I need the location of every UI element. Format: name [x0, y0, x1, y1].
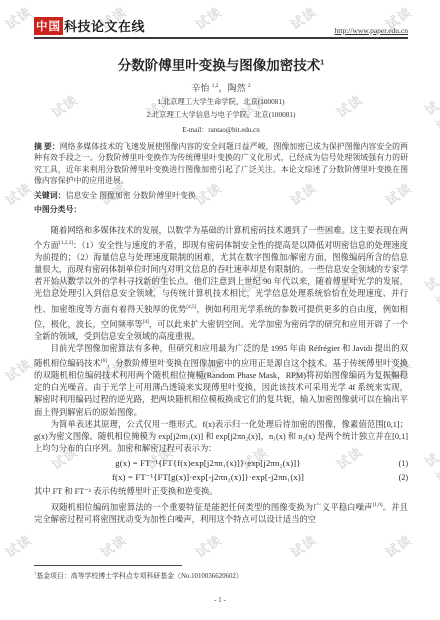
footnote-area: 1基金项目：高等学校博士学科点专项科研基金（No.1010036620602） — [34, 565, 408, 580]
paper-page: 试读试读试读试读试读试读试读试读试读试读试读试读试读试读试读试读试读试读试读试读… — [0, 0, 440, 620]
equation-2: f(x) = FT⁻¹{FT[g(x)]·exp[-j2πn₂(x)]}·exp… — [34, 472, 408, 483]
abstract-label: 摘 要： — [34, 142, 60, 151]
author-affil-marker: 2 — [248, 83, 251, 89]
affiliation-1: 1.北京理工大学生命学院，北京(100081) — [34, 97, 408, 107]
clc-label: 中图分类号： — [34, 205, 81, 214]
site-header: 中国 科技论文在线 http://www.paper.edu.cn — [34, 16, 408, 39]
paragraph-text: 为简单表述其原理，公式仅用一维形式。f(x)表示归一化处理后待加密的图像，像素值… — [34, 420, 408, 453]
watermark-text: 试读 — [1, 530, 35, 562]
paragraph-text: 双随机相位编码加密算法的一个重要特征是能把任何类型的图像变换为广义平稳白噪声 — [51, 502, 373, 511]
keywords-line: 关键词：信息安全 图像加密 分数阶傅里叶变换 — [34, 191, 408, 202]
site-url-link[interactable]: http://www.paper.edu.cn — [335, 26, 408, 35]
equation-number: (2) — [382, 473, 408, 482]
citation-ref: [1,2,3] — [59, 240, 73, 246]
author-separator: ， — [219, 83, 228, 93]
footnote-separator — [34, 565, 182, 566]
page-number: - 1 - — [0, 596, 440, 604]
citation-ref: [1,6] — [373, 502, 383, 508]
clc-line: 中图分类号： — [34, 205, 408, 216]
equation-number: (1) — [382, 459, 408, 468]
equation-text: g(x) = FT⁻¹{FT{f(x)exp[j2πn₁(x)]}·exp[j2… — [34, 458, 382, 469]
watermark-text: 试读 — [420, 447, 440, 486]
author-name: 陶然 — [228, 83, 246, 93]
email-label: E-mail： — [182, 126, 208, 134]
logo-text: 科技论文在线 — [64, 16, 145, 35]
author-line: 辛怡 1,2，陶然 2 — [34, 81, 408, 94]
watermark-text: 试读 — [286, 530, 320, 562]
footnote: 1基金项目：高等学校博士学科点专项科研基金（No.1010036620602） — [34, 570, 408, 580]
equation-1: g(x) = FT⁻¹{FT{f(x)exp[j2πn₁(x)]}·exp[j2… — [34, 458, 408, 469]
title-footnote-marker: 1 — [320, 60, 324, 67]
body-paragraph-1: 随着网络和多媒体技术的发展，以数学为基础的计算机密码技术遇到了一些困难。这主要表… — [34, 225, 408, 343]
keywords-label: 关键词： — [34, 191, 66, 200]
abstract-text: 网络多媒体技术的飞速发展使图像内容的安全问题日益严峻，图像加密已成为保护图像内容… — [34, 142, 408, 185]
author-affil-marker: 1,2 — [212, 83, 219, 89]
watermark-text: 试读 — [381, 530, 415, 562]
watermark-text: 试读 — [420, 271, 440, 310]
paragraph-text: 其中 FT 和 FT⁻¹ 表示传统傅里叶正变换和逆变换。 — [34, 487, 218, 496]
body-paragraph-4: 其中 FT 和 FT⁻¹ 表示传统傅里叶正变换和逆变换。 — [34, 486, 408, 498]
watermark-text: 试读 — [96, 530, 130, 562]
body-paragraph-5: 双随机相位编码加密算法的一个重要特征是能把任何类型的图像变换为广义平稳白噪声[1… — [34, 499, 408, 526]
body-paragraph-3: 为简单表述其原理，公式仅用一维形式。f(x)表示归一化处理后待加密的图像，像素值… — [34, 419, 408, 456]
author-name: 辛怡 — [191, 83, 209, 93]
email-line: E-mail：rantao@bit.edu.cn — [34, 125, 408, 135]
equation-text: f(x) = FT⁻¹{FT[g(x)]·exp[-j2πn₂(x)]}·exp… — [34, 472, 382, 483]
paragraph-text: ：（1）安全性与速度的矛盾，即现有密码体制安全性的提高是以降低对明密信息的处理速… — [34, 241, 408, 314]
watermark-text: 试读 — [1, 2, 35, 34]
logo-red-block: 中国 — [34, 17, 63, 35]
paper-title-text: 分数阶傅里叶变换与图像加密技术 — [118, 58, 321, 73]
footnote-text: 基金项目：高等学校博士学科点专项科研基金（No.1010036620602） — [36, 573, 243, 580]
watermark-text: 试读 — [1, 178, 35, 210]
email-link[interactable]: rantao@bit.edu.cn — [208, 126, 260, 134]
site-logo: 中国 科技论文在线 — [34, 16, 145, 35]
affiliation-2: 2.北京理工大学信息与电子学院，北京(100081) — [34, 110, 408, 120]
paper-title: 分数阶傅里叶变换与图像加密技术1 — [34, 54, 408, 74]
body-paragraph-2: 目前光学图像加密算法有多种，但研究和应用最为广泛的是 1995 年由 Réfré… — [34, 343, 408, 419]
citation-ref: [4,5] — [186, 304, 196, 310]
keywords-text: 信息安全 图像加密 分数阶傅里叶变换 — [66, 191, 196, 200]
abstract: 摘 要：网络多媒体技术的飞速发展使图像内容的安全问题日益严峻，图像加密已成为保护… — [34, 141, 408, 187]
paper-content: 中国 科技论文在线 http://www.paper.edu.cn 分数阶傅里叶… — [34, 16, 408, 526]
watermark-text: 试读 — [420, 95, 440, 134]
watermark-text: 试读 — [191, 530, 225, 562]
watermark-text: 试读 — [1, 354, 35, 386]
